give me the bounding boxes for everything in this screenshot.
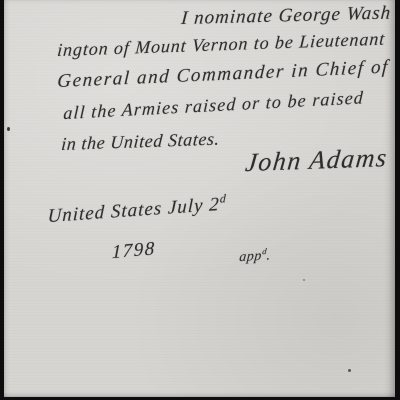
signature-john-adams: John Adams (244, 143, 389, 178)
body-line-5: in the United States. (61, 128, 221, 155)
body-line-4: all the Armies raised or to be raised (63, 87, 365, 124)
body-line-1: I nominate George Wash (180, 3, 392, 31)
dateline-text: United States July 2 (47, 194, 220, 227)
dateline: United States July 2d (47, 193, 227, 228)
paper-speck (348, 369, 351, 372)
annotation-period: . (266, 248, 271, 263)
paper-speck (7, 127, 10, 131)
document-scan: I nominate George Wash ington of Mount V… (0, 0, 400, 400)
dateline-superscript: d (220, 192, 227, 206)
paper-sheet: I nominate George Wash ington of Mount V… (4, 0, 395, 397)
annotation-text: app (239, 249, 263, 265)
body-line-2: ington of Mount Vernon to be Lieutenant (57, 29, 386, 62)
year-line: 1798 (112, 238, 156, 264)
paper-speck (303, 279, 305, 281)
approved-annotation: appd. (239, 248, 272, 266)
